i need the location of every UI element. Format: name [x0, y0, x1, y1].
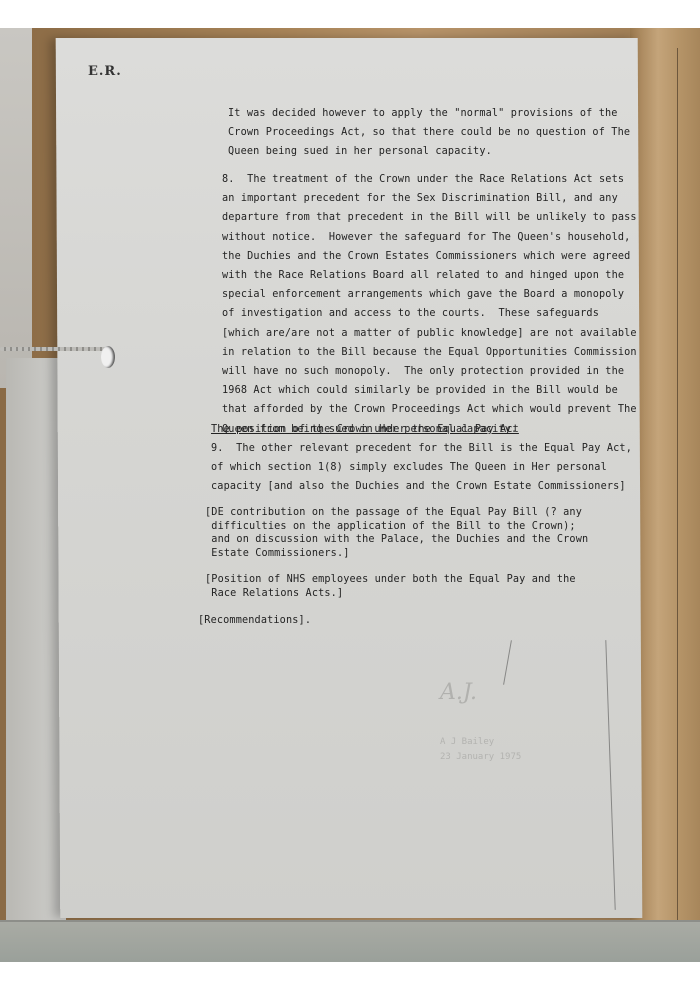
note-de-contribution: [DE contribution on the passage of the E… — [205, 506, 588, 560]
punch-hole — [101, 346, 115, 368]
folder-crease — [677, 48, 678, 928]
treasury-tag-string — [0, 347, 108, 351]
signature: A.J. — [440, 680, 477, 705]
signatory-name: A J Bailey — [440, 737, 494, 747]
table-surface — [0, 920, 700, 962]
paragraph-9: 9. The other relevant precedent for the … — [211, 439, 632, 497]
section-heading-equal-pay: The position of the Crown under the Equa… — [211, 420, 519, 439]
paragraph-8: 8. The treatment of the Crown under the … — [222, 170, 637, 439]
note-recommendations: [Recommendations]. — [198, 611, 311, 630]
er-stamp: E.R. — [88, 64, 122, 79]
signatory-date: 23 January 1975 — [440, 752, 521, 762]
underlying-page — [0, 28, 32, 388]
paragraph-intro: It was decided however to apply the "nor… — [228, 104, 630, 162]
note-nhs-employees: [Position of NHS employees under both th… — [205, 573, 576, 600]
